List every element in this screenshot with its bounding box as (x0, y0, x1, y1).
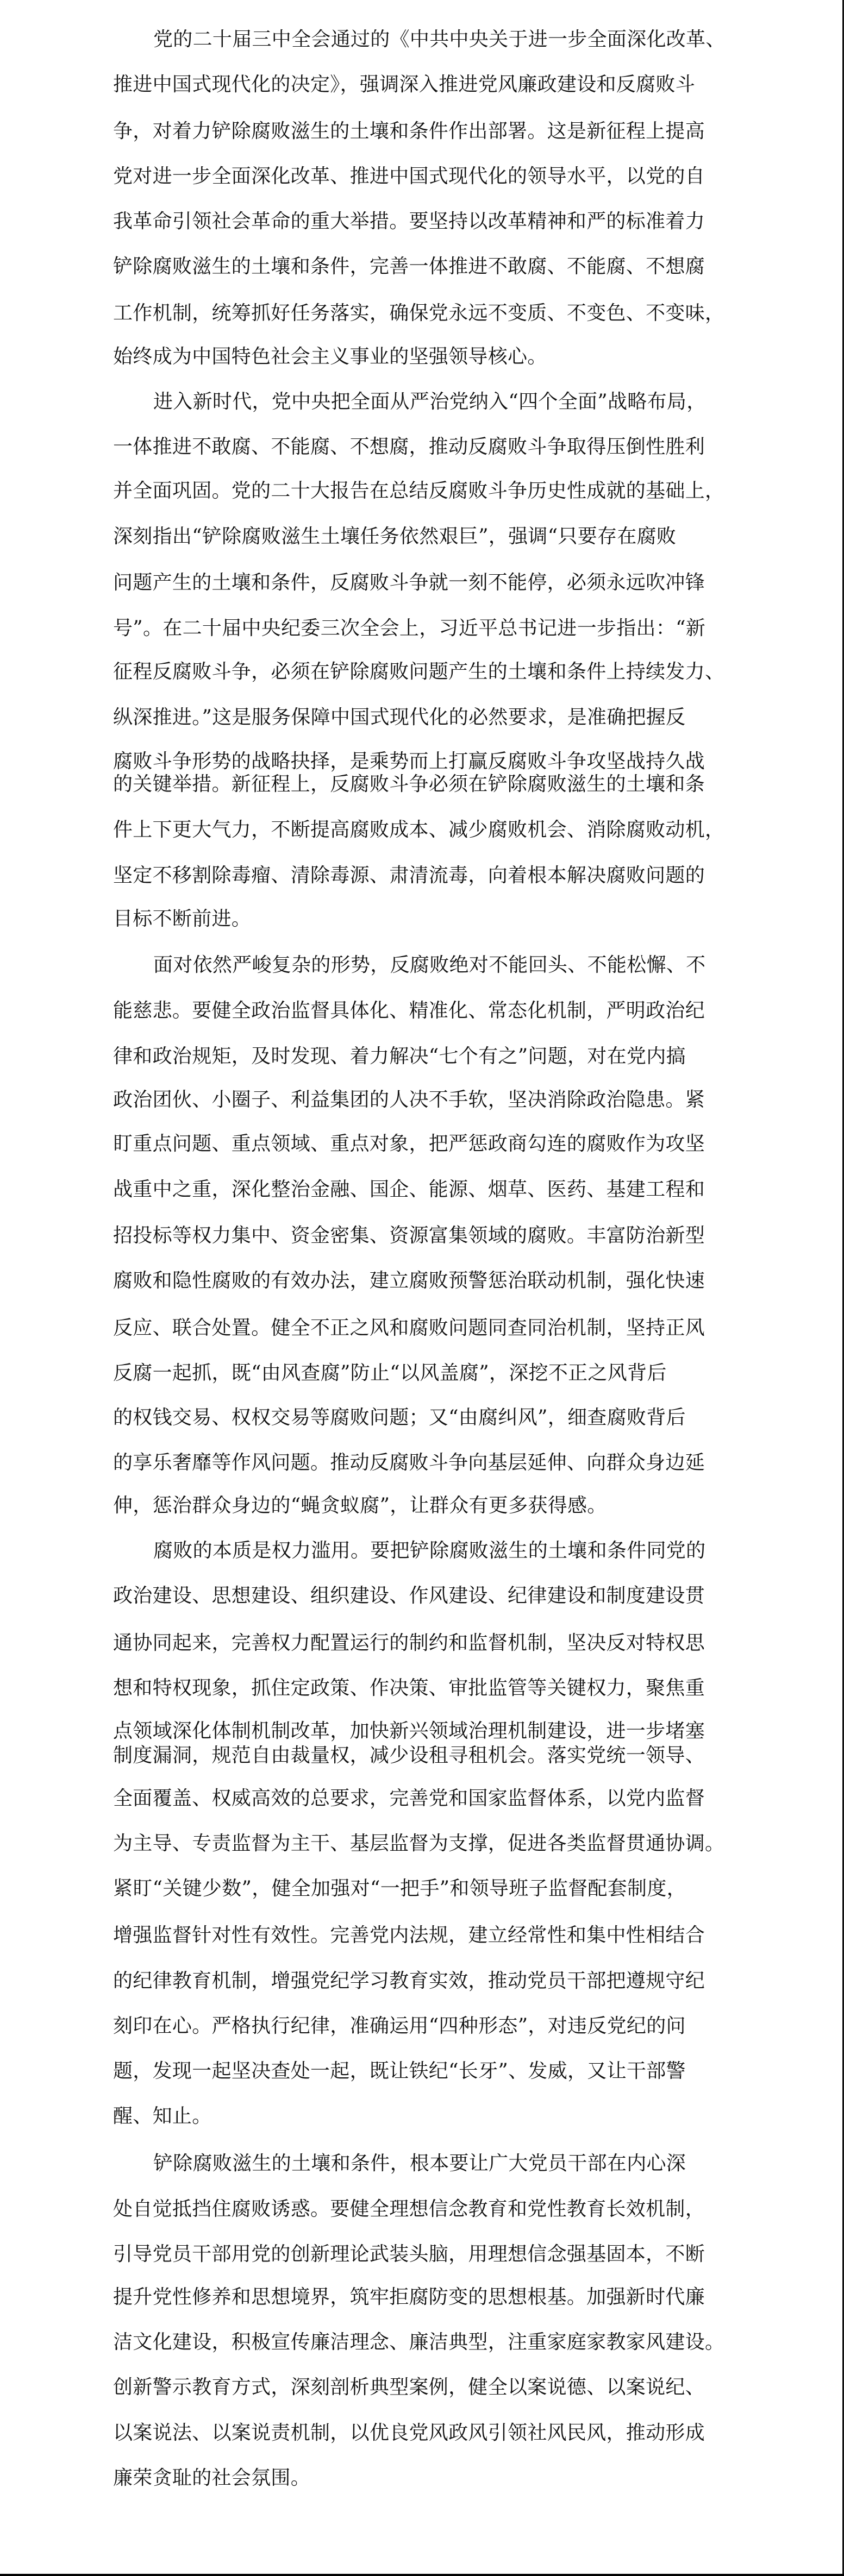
text-line: 通协同起来，完善权力配置运行的制约和监督机制，坚决反对特权思 (113, 1632, 705, 1654)
paragraph-first-line: 面对依然严峻复杂的形势，反腐败绝对不能回头、不能松懈、不 (153, 954, 705, 976)
paragraph-first-line: 铲除腐败滋生的土壤和条件，根本要让广大党员干部在内心深 (153, 2153, 686, 2175)
text-line: 征程反腐败斗争，必须在铲除腐败问题产生的土壤和条件上持续发力、 (113, 661, 724, 683)
text-line: 想和特权现象，抓住定政策、作决策、审批监管等关键权力，聚焦重 (113, 1677, 705, 1699)
text-line: 伸，惩治群众身边的“蝇贪蚁腐”，让群众有更多获得感。 (113, 1495, 607, 1517)
text-line: 始终成为中国特色社会主义事业的坚强领导核心。 (113, 346, 547, 368)
text-line: 政治团伙、小圈子、利益集团的人决不手软，坚决消除政治隐患。紧 (113, 1089, 705, 1111)
text-line: 战重中之重，深化整治金融、国企、能源、烟草、医药、基建工程和 (113, 1179, 705, 1201)
text-line: 刻印在心。严格执行纪律，准确运用“四种形态”，对违反党纪的问 (113, 2015, 686, 2037)
text-line: 洁文化建设，积极宣传廉洁理念、廉洁典型，注重家庭家教家风建设。 (113, 2332, 724, 2353)
text-line: 的纪律教育机制，增强党纪学习教育实效，推动党员干部把遵规守纪 (113, 1970, 705, 1992)
text-line: 我革命引领社会革命的重大举措。要坚持以改革精神和严的标准着力 (113, 211, 705, 233)
text-line: 招投标等权力集中、资金密集、资源富集领域的腐败。丰富防治新型 (113, 1225, 705, 1247)
text-line: 处自觉抵挡住腐败诱惑。要健全理想信念教育和党性教育长效机制， (113, 2198, 705, 2220)
text-line: 腐败和隐性腐败的有效办法，建立腐败预警惩治联动机制，强化快速 (113, 1270, 705, 1292)
text-line: 为主导、专责监督为主干、基层监督为支撑，促进各类监督贯通协调。 (113, 1833, 724, 1855)
text-line: 点领域深化体制机制改革，加快新兴领域治理机制建设，进一步堵塞 (113, 1720, 705, 1742)
paragraph-first-line: 腐败的本质是权力滥用。要把铲除腐败滋生的土壤和条件同党的 (153, 1540, 705, 1562)
text-line: 号”。在二十届中央纪委三次全会上，习近平总书记进一步指出：“新 (113, 618, 705, 639)
text-line: 能慈悲。要健全政治监督具体化、精准化、常态化机制，严明政治纪 (113, 1000, 705, 1022)
text-line: 醒、知止。 (113, 2106, 212, 2127)
text-line: 盯重点问题、重点领域、重点对象，把严惩政商勾连的腐败作为攻坚 (113, 1133, 705, 1155)
text-line: 引导党员干部用党的创新理论武装头脑，用理想信念强基固本，不断 (113, 2244, 705, 2265)
text-line: 律和政治规矩，及时发现、着力解决“七个有之”问题，对在党内搞 (113, 1046, 686, 1067)
text-line: 政治建设、思想建设、组织建设、作风建设、纪律建设和制度建设贯 (113, 1585, 705, 1607)
text-line: 的权钱交易、权权交易等腐败问题；又“由腐纠风”，细查腐败背后 (113, 1407, 686, 1429)
text-line: 工作机制，统筹抓好任务落实，确保党永远不变质、不变色、不变味， (113, 303, 724, 324)
text-line: 争，对着力铲除腐败滋生的土壤和条件作出部署。这是新征程上提高 (113, 121, 705, 142)
text-line: 并全面巩固。党的二十大报告在总结反腐败斗争历史性成就的基础上， (113, 480, 724, 502)
text-line: 以案说法、以案说责机制，以优良党风政风引领社风民风，推动形成 (113, 2422, 705, 2444)
text-line: 纵深推进。”这是服务保障中国式现代化的必然要求，是准确把握反 (113, 707, 685, 728)
text-line: 目标不断前进。 (113, 908, 251, 930)
text-line: 创新警示教育方式，深刻剖析典型案例，健全以案说德、以案说纪、 (113, 2377, 705, 2398)
text-line: 反应、联合处置。健全不正之风和腐败问题同查同治机制，坚持正风 (113, 1317, 705, 1339)
text-line: 全面覆盖、权威高效的总要求，完善党和国家监督体系，以党内监督 (113, 1788, 705, 1810)
text-line: 铲除腐败滋生的土壤和条件，完善一体推进不敢腐、不能腐、不想腐 (113, 256, 705, 278)
paragraph-first-line: 进入新时代，党中央把全面从严治党纳入“四个全面”战略布局， (153, 391, 707, 413)
text-line: 增强监督针对性有效性。完善党内法规，建立经常性和集中性相结合 (113, 1925, 705, 1946)
text-line: 反腐一起抓，既“由风查腐”防止“以风盖腐”，深挖不正之风背后 (113, 1362, 667, 1384)
text-line: 提升党性修养和思想境界，筑牢拒腐防变的思想根基。加强新时代廉 (113, 2286, 705, 2308)
text-line: 坚定不移割除毒瘤、清除毒源、肃清流毒，向着根本解决腐败问题的 (113, 865, 705, 887)
text-line: 廉荣贪耻的社会氛围。 (113, 2467, 310, 2489)
text-line: 制度漏洞，规范自由裁量权，减少设租寻租机会。落实党统一领导、 (113, 1745, 705, 1767)
text-line: 党对进一步全面深化改革、推进中国式现代化的领导水平，以党的自 (113, 166, 705, 187)
text-line: 深刻指出“铲除腐败滋生土壤任务依然艰巨”，强调“只要存在腐败 (113, 526, 676, 548)
text-line: 问题产生的土壤和条件，反腐败斗争就一刻不能停，必须永远吹冲锋 (113, 572, 705, 594)
text-line: 的享乐奢靡等作风问题。推动反腐败斗争向基层延伸、向群众身边延 (113, 1452, 705, 1474)
text-line: 件上下更大气力，不断提高腐败成本、减少腐败机会、消除腐败动机， (113, 819, 724, 841)
text-line: 一体推进不敢腐、不能腐、不想腐，推动反腐败斗争取得压倒性胜利 (113, 436, 705, 458)
document-page: 党的二十届三中全会通过的《中共中央关于进一步全面深化改革、推进中国式现代化的决定… (0, 0, 844, 2574)
text-line: 腐败斗争形势的战略抉择，是乘势而上打赢反腐败斗争攻坚战持久战 (113, 751, 705, 772)
text-line: 推进中国式现代化的决定》，强调深入推进党风廉政建设和反腐败斗 (113, 74, 695, 96)
text-line: 的关键举措。新征程上，反腐败斗争必须在铲除腐败滋生的土壤和条 (113, 774, 705, 795)
text-line: 紧盯“关键少数”，健全加强对“一把手”和领导班子监督配套制度， (113, 1878, 686, 1900)
paragraph-first-line: 党的二十届三中全会通过的《中共中央关于进一步全面深化改革、 (153, 29, 726, 51)
text-line: 题，发现一起坚决查处一起，既让铁纪“长牙”、发威，又让干部警 (113, 2060, 686, 2082)
page-bottom-edge (0, 2574, 844, 2576)
